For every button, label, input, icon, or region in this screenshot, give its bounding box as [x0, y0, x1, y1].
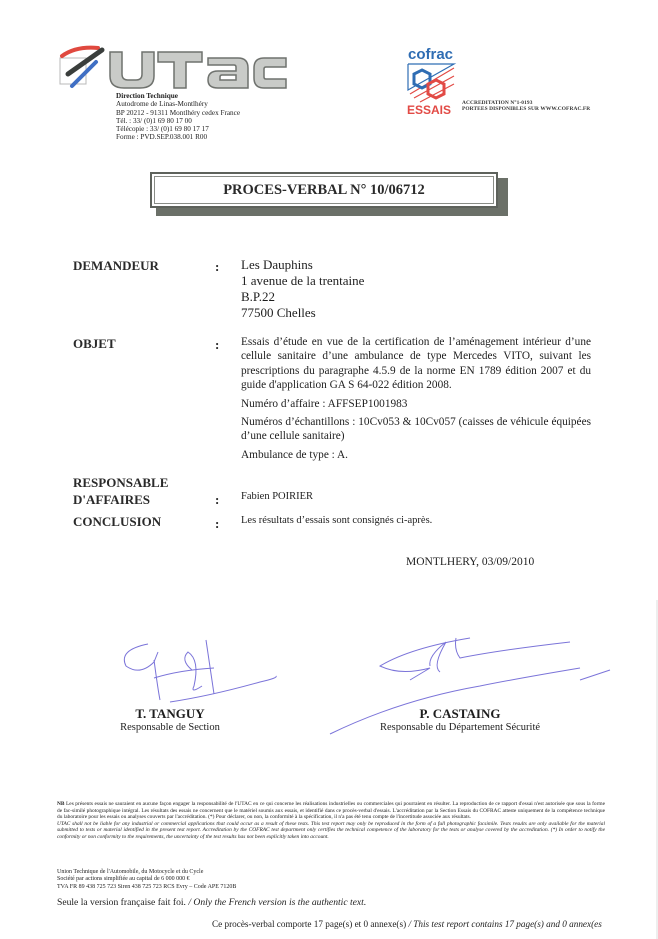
accreditation-link-text: PORTEES DISPONIBLES SUR WWW.COFRAC.FR [462, 106, 590, 112]
demandeur-line: B.P.22 [241, 289, 364, 305]
signature-tanguy [110, 630, 290, 710]
conclusion-value: Les résultats d’essais sont consignés ci… [241, 513, 432, 529]
report-title: PROCES-VERBAL N° 10/06712 [152, 182, 496, 199]
authentic-version-note: Seule la version française fait foi. / O… [57, 897, 366, 908]
conclusion-separator: : [215, 516, 219, 532]
objet-value: Essais d’étude en vue de la certificatio… [241, 335, 591, 466]
company-line: TVA FR 89 438 725 723 Siren 438 725 723 … [57, 884, 236, 891]
accreditation-block: ACCREDITATION N°1-0193 PORTEES DISPONIBL… [462, 100, 590, 113]
page-count-en: / This test report contains 17 page(s) a… [408, 919, 601, 929]
demandeur-value: Les Dauphins 1 avenue de la trentaine B.… [241, 257, 364, 321]
address-line: Tél. : 33/ (0)1 69 80 17 00 [116, 117, 240, 125]
conclusion-label: CONCLUSION [73, 514, 161, 530]
cofrac-logo: cofrac ESSAIS [406, 44, 458, 116]
demandeur-line: 1 avenue de la trentaine [241, 273, 364, 289]
utac-logo [58, 44, 288, 92]
company-info: Union Technique de l'Automobile, du Moto… [57, 869, 236, 891]
address-line: Autodrome de Linas-Montlhéry [116, 100, 240, 108]
address-line: Forme : PVD.SEP.038.001 R00 [116, 133, 240, 141]
address-line: Télécopie : 33/ (0)1 69 80 17 17 [116, 125, 240, 133]
responsable-separator: : [215, 492, 219, 508]
objet-affaire-number: Numéro d’affaire : AFFSEP1001983 [241, 397, 591, 411]
svg-text:cofrac: cofrac [408, 46, 453, 63]
objet-sample-numbers: Numéros d’échantillons : 10Cv053 & 10Cv0… [241, 415, 591, 444]
authentic-en: / Only the French version is the authent… [188, 897, 366, 908]
demandeur-line: 77500 Chelles [241, 305, 364, 321]
signatory-2-role: Responsable du Département Sécurité [360, 722, 560, 733]
objet-separator: : [215, 337, 219, 353]
demandeur-line: Les Dauphins [241, 257, 364, 273]
page-count-note: Ce procès-verbal comporte 17 page(s) et … [212, 919, 602, 929]
objet-ambulance-type: Ambulance de type : A. [241, 448, 591, 462]
legal-notice: NB Les présents essais ne sauraient en a… [57, 801, 605, 841]
address-line: Direction Technique [116, 92, 240, 100]
responsable-label-line1: RESPONSABLE [73, 474, 168, 491]
objet-label: OBJET [73, 336, 116, 352]
objet-description: Essais d’étude en vue de la certificatio… [241, 335, 591, 393]
signatory-2-name: P. CASTAING [400, 706, 520, 722]
responsable-label-line2: D'AFFAIRES [73, 491, 168, 508]
responsable-label: RESPONSABLE D'AFFAIRES [73, 474, 168, 508]
responsable-value: Fabien POIRIER [241, 489, 313, 505]
page-count-fr: Ce procès-verbal comporte 17 page(s) et … [212, 919, 406, 929]
utac-address-block: Direction Technique Autodrome de Linas-M… [116, 92, 240, 142]
nb-label: NB [57, 801, 65, 807]
place-date: MONTLHERY, 03/09/2010 [406, 556, 534, 568]
signatory-1-role: Responsable de Section [100, 722, 240, 733]
demandeur-separator: : [215, 259, 219, 275]
legal-notice-en: UTAC shall not be liable for any industr… [57, 821, 605, 841]
authentic-fr: Seule la version française fait foi. [57, 897, 186, 908]
signatory-1-name: T. TANGUY [110, 706, 230, 722]
company-line: Société par actions simplifiée au capita… [57, 876, 236, 883]
title-box: PROCES-VERBAL N° 10/06712 [150, 172, 498, 208]
address-line: BP 20212 - 91311 Montlhéry cedex France [116, 109, 240, 117]
legal-notice-fr: Les présents essais ne sauraient en aucu… [57, 801, 605, 820]
svg-text:ESSAIS: ESSAIS [407, 103, 451, 116]
demandeur-label: DEMANDEUR [73, 258, 159, 274]
